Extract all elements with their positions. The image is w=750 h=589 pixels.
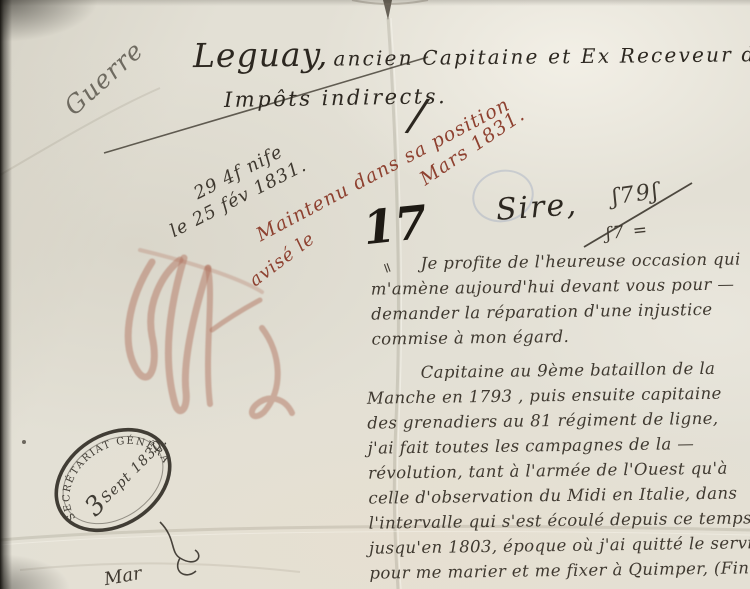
body-line: demander la réparation d'une injustice [371,296,750,326]
bottom-crease [20,563,300,572]
body-paragraph-2: Capitaine au 9ème bataillon de la Manche… [366,355,750,585]
header-line-1: Leguay, ancien Capitaine et Ex Receveur … [193,30,750,75]
letter-scan: Guerre Leguay, ancien Capitaine et Ex Re… [0,0,750,589]
body-line: commise à mon égard. [371,321,750,351]
sender-name: Leguay, [193,35,329,75]
red-note-day-number: 17 [360,195,429,255]
body-line: pour me marier et me fixer à Quimper, (F… [369,555,750,585]
sender-title: ancien Capitaine et Ex Receveur des [333,42,750,71]
body-paragraph-1: Je profite de l'heureuse occasion qui m'… [370,246,750,351]
salutation: Sire, [495,187,579,228]
ink-speck [22,440,26,444]
